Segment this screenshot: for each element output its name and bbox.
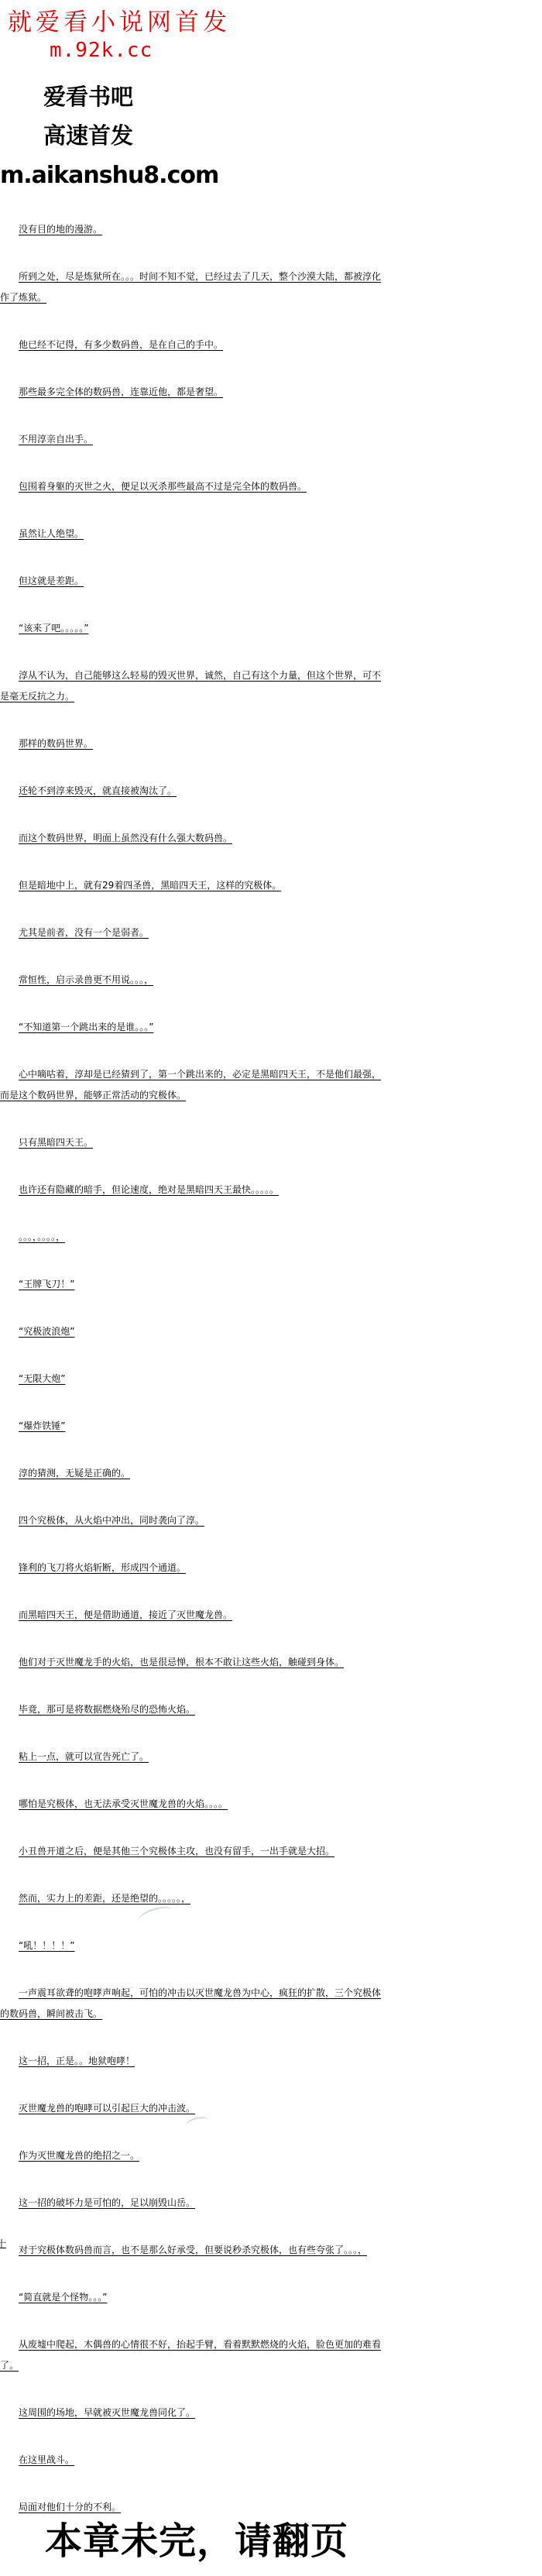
paragraph: 没有目的地的漫游。 — [0, 219, 382, 240]
paragraph: “无限大炮” — [0, 1369, 382, 1389]
paragraph: 淳的猜测，无疑是正确的。 — [0, 1463, 382, 1484]
paragraph: 但这就是差距。 — [0, 571, 382, 592]
paragraph: 这一招的破坏力是可怕的，足以崩毁山岳。 — [0, 2193, 382, 2214]
paragraph: “王牌飞刀！” — [0, 1274, 382, 1295]
paragraph: “究极波浪炮” — [0, 1321, 382, 1342]
paragraph: 包围着身躯的灭世之火，便足以灭杀那些最高不过是完全体的数码兽。 — [0, 476, 382, 497]
paragraph: 他已经不记得，有多少数码兽，是在自己的手中。 — [0, 335, 382, 355]
paragraph: 粘上一点，就可以宣告死亡了。 — [0, 1747, 382, 1767]
paragraph: 只有黑暗四天王。 — [0, 1132, 382, 1153]
paragraph: 作为灭世魔龙兽的绝招之一。 — [0, 2145, 382, 2166]
paragraph: 从废墟中爬起，木偶兽的心情很不好，抬起手臂，看着默默燃烧的火焰，脸色更加的难看了… — [0, 2334, 382, 2376]
paragraph: 而这个数码世界，明面上虽然没有什么强大数码兽。 — [0, 828, 382, 849]
promo-tagline: 高速首发 — [43, 125, 542, 146]
paragraph: 四个究极体，从火焰中冲出，同时袭向了淳。 — [0, 1510, 382, 1531]
paragraph: 一声震耳欲聋的咆哮声响起，可怕的冲击以灭世魔龙兽为中心，疯狂的扩散，三个究极体的… — [0, 1983, 382, 2025]
paragraph: 那样的数码世界。 — [0, 733, 382, 754]
chapter-content: 没有目的地的漫游。所到之处，尽是炼狱所在。。。时间不知不觉，已经过去了几天，整个… — [0, 219, 382, 2518]
paragraph: 哪怕是究极体，也无法承受灭世魔龙兽的火焰。。。。 — [0, 1794, 382, 1815]
paragraph: 心中嘀咕着，淳却是已经猜到了，第一个跳出来的，必定是黑暗四天王，不是他们最强，而… — [0, 1064, 382, 1106]
paragraph: 这周围的场地，早就被灭世魔龙兽同化了。 — [0, 2403, 382, 2423]
paragraph: 淳从不认为，自己能够这么轻易的毁灭世界，诚然，自己有这个力量，但这个世界，可不是… — [0, 665, 382, 707]
paragraph: 还轮不到淳来毁灭，就直接被淘汰了。 — [0, 781, 382, 802]
paragraph: 灭世魔龙兽的咆哮可以引起巨大的冲击波。 — [0, 2098, 382, 2119]
paragraph: “吼！！！！” — [0, 1935, 382, 1956]
paragraph: 在这里战斗。 — [0, 2450, 382, 2471]
paragraph: 尤其是前者，没有一个是弱者。 — [0, 922, 382, 943]
site-watermark-title: 就爱看小说网首发 — [8, 10, 542, 35]
stray-clipped-glyph: 十 — [0, 2238, 6, 2249]
paragraph: 不用淳亲自出手。 — [0, 429, 382, 450]
paragraph: 毕竟，那可是将数据燃烧殆尽的恐怖火焰。 — [0, 1699, 382, 1720]
paragraph: 但是暗地中上，就有29着四圣兽，黑暗四天王，这样的究极体。 — [0, 875, 382, 896]
paragraph: 虽然让人绝望。 — [0, 524, 382, 544]
paragraph: 那些最多完全体的数码兽，连靠近他，都是奢望。 — [0, 382, 382, 403]
paragraph: 局面对他们十分的不利。 — [0, 2497, 382, 2518]
paragraph: 而黑暗四天王，便是借助通道，接近了灭世魔龙兽。 — [0, 1605, 382, 1626]
paragraph: 对于究极体数码兽而言，也不是那么好承受，但要说秒杀究极体，也有些夸张了。。。， — [0, 2240, 382, 2261]
paragraph: “不知道第一个跳出来的是谁。。。” — [0, 1017, 382, 1038]
paragraph: “爆炸铁锤” — [0, 1416, 382, 1437]
promo-site-url: m.aikanshu8.com — [0, 163, 542, 187]
site-watermark-url: m.92k.cc — [50, 40, 542, 61]
paragraph: 他们对于灭世魔龙手的火焰，也是很忌惮，根本不敢让这些火焰，触碰到身体。 — [0, 1652, 382, 1673]
paragraph: 。。。，。。。。， — [0, 1227, 382, 1248]
paragraph: 也许还有隐藏的暗手，但论速度，绝对是黑暗四天王最快。。。。。 — [0, 1180, 382, 1200]
paragraph: 小丑兽开道之后，便是其他三个究极体主攻，也没有留手，一出手就是大招。 — [0, 1841, 382, 1862]
paragraph: 常恒性，启示录兽更不用说。。。， — [0, 970, 382, 991]
paragraph: “简直就是个怪物。。。” — [0, 2287, 382, 2308]
paragraph: 这一招，正是。。地狱咆哮！ — [0, 2051, 382, 2072]
paragraph: 然而，实力上的差距，还是绝望的。。。。。， — [0, 1888, 382, 1909]
turn-page-prompt[interactable]: 本章未完，请翻页 — [45, 2518, 542, 2564]
paragraph: “该来了吧。。。。。” — [0, 618, 382, 639]
paragraph: 锋利的飞刀将火焰斩断，形成四个通道。 — [0, 1558, 382, 1578]
promo-site-name: 爱看书吧 — [43, 86, 542, 108]
paragraph: 所到之处，尽是炼狱所在。。。时间不知不觉，已经过去了几天，整个沙漠大陆，都被淳化… — [0, 266, 382, 308]
